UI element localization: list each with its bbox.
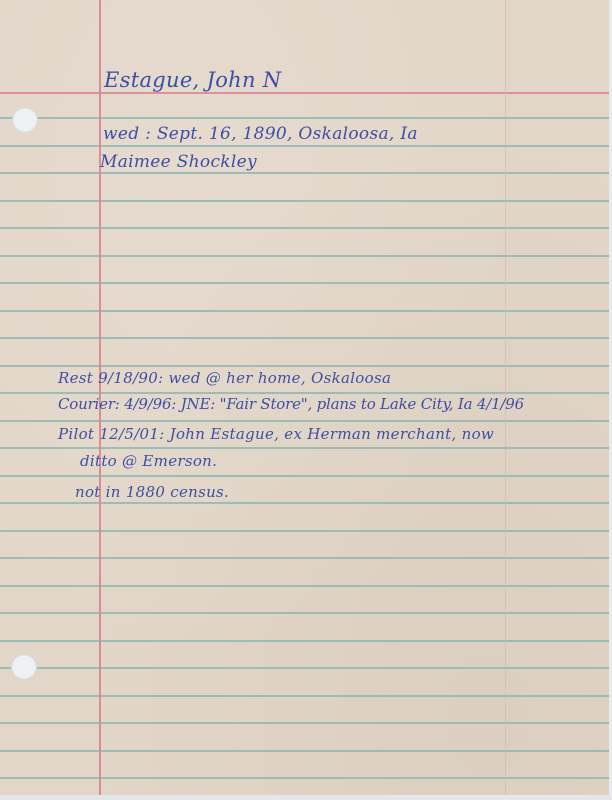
spouse-entry: Maimee Shockley bbox=[100, 152, 257, 172]
header-rule bbox=[0, 92, 609, 94]
ruled-line bbox=[0, 750, 609, 752]
ruled-line bbox=[0, 502, 609, 504]
ruled-line bbox=[0, 612, 609, 614]
ruled-line bbox=[0, 530, 609, 532]
ruled-line bbox=[0, 117, 609, 119]
ruled-line bbox=[0, 392, 609, 394]
binder-hole-top bbox=[12, 107, 38, 133]
ruled-line bbox=[0, 227, 609, 229]
ruled-line bbox=[0, 282, 609, 284]
ruled-line bbox=[0, 310, 609, 312]
notebook-page: Estague, John N wed : Sept. 16, 1890, Os… bbox=[0, 0, 609, 795]
ruled-line bbox=[0, 557, 609, 559]
ruled-line bbox=[0, 200, 609, 202]
ruled-line bbox=[0, 447, 609, 449]
note-courier: Courier: 4/9/96: JNE: "Fair Store", plan… bbox=[58, 395, 524, 413]
ruled-line bbox=[0, 255, 609, 257]
ruled-line bbox=[0, 640, 609, 642]
ruled-line bbox=[0, 585, 609, 587]
heading-name: Estague, John N bbox=[104, 68, 281, 92]
note-census: not in 1880 census. bbox=[75, 483, 229, 501]
ruled-line bbox=[0, 365, 609, 367]
ruled-line bbox=[0, 420, 609, 422]
ruled-line bbox=[0, 695, 609, 697]
ruled-line bbox=[0, 722, 609, 724]
scan-edge-bottom bbox=[0, 795, 612, 800]
ruled-line bbox=[0, 475, 609, 477]
ruled-line bbox=[0, 777, 609, 779]
note-pilot: Pilot 12/5/01: John Estague, ex Herman m… bbox=[58, 425, 494, 443]
ruled-line bbox=[0, 145, 609, 147]
marriage-entry: wed : Sept. 16, 1890, Oskaloosa, Ia bbox=[103, 124, 418, 144]
note-ditto: ditto @ Emerson. bbox=[80, 452, 217, 470]
ruled-line bbox=[0, 337, 609, 339]
ruled-line bbox=[0, 667, 609, 669]
binder-hole-bottom bbox=[11, 654, 37, 680]
ruled-line bbox=[0, 172, 609, 174]
note-rest: Rest 9/18/90: wed @ her home, Oskaloosa bbox=[58, 369, 391, 387]
